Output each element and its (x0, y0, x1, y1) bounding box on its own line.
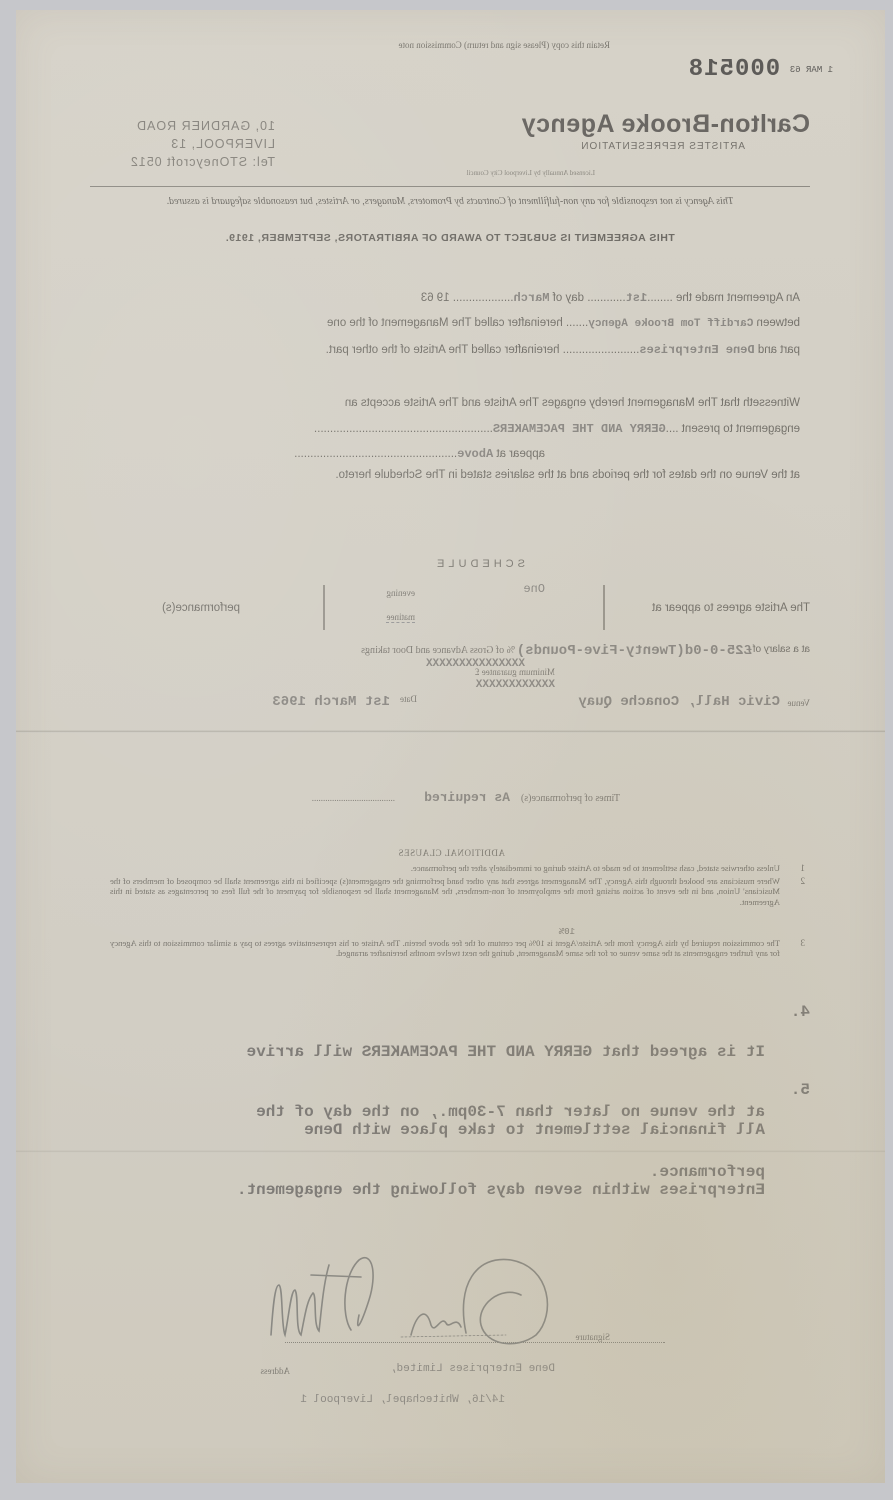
day-of-label: day of (553, 292, 584, 304)
schedule-title: SCHEDULE (433, 558, 525, 570)
clause-number: 3 (801, 938, 806, 948)
times-label: Times of performance(s) (521, 793, 620, 804)
evening-label: evening (387, 588, 416, 598)
percentage-note: % of Gross Advance and Door takings (361, 645, 515, 656)
additional-clauses-title: ADDITIONAL CLAUSES (398, 848, 505, 858)
management-suffix: hereinafter called The Management of the… (327, 317, 563, 329)
retain-note: Retain this copy (Please sign and return… (399, 40, 610, 50)
address-line: 10, GARDNER ROAD (130, 117, 275, 135)
management-name: Cardiff Tom Brooke Agency (588, 318, 753, 330)
handwritten-signature (251, 1245, 611, 1395)
part-and-label: part and (758, 344, 800, 356)
arbitration-note: THIS AGREEMENT IS SUBJECT TO AWARD OF AR… (95, 232, 805, 244)
appear-value: Above (457, 447, 493, 461)
agency-name: Carlton-Brooke Agency (521, 110, 810, 139)
typed-clause-5: All financial settlement to take place w… (237, 1080, 765, 1240)
salary-label: at a salary of (753, 644, 810, 655)
clause-text: The commission required by this Agency f… (110, 938, 780, 959)
minimum-guarantee-value: XXXXXXXXXXXX (476, 679, 555, 691)
artiste-suffix: hereinafter called The Artiste of the ot… (326, 344, 560, 356)
part-and-line: part and Dene Enterprises...............… (326, 343, 800, 357)
date-label: Date (400, 694, 417, 704)
stamp-date: 1 MAR 63 (790, 65, 833, 75)
address-line: Tel: STOneycroft 0512 (130, 153, 275, 171)
brace-right (323, 585, 325, 630)
times-dots: ..................................... (312, 793, 395, 803)
serial-number: 000518 (688, 56, 780, 83)
typed-line: All financial settlement to take place w… (237, 1120, 765, 1140)
between-label: between (757, 317, 800, 329)
clause-text: Unless otherwise stated, cash settlement… (110, 863, 780, 873)
act-name: GERRY AND THE PACEMAKERS (493, 422, 666, 436)
venue-dates-line: at the Venue on the dates for the period… (335, 469, 800, 481)
brace-left (603, 585, 605, 630)
typed-clause-number: 4. (791, 1002, 810, 1022)
date-value: 1st March 1963 (272, 694, 390, 710)
agreement-month: March (514, 291, 550, 305)
clause-number: 1 (801, 863, 806, 873)
between-line: between Cardiff Tom Brooke Agency.......… (327, 317, 800, 330)
signer-address-line2: 14/16, Whitechapel, Liverpool 1 (300, 1394, 505, 1406)
address-line: LIVERPOOL, 13 (130, 135, 275, 153)
times-value: As required (424, 790, 510, 805)
artiste-agrees-label: The Artiste agrees to appear at (652, 602, 810, 614)
present-label: engagement to present (682, 423, 800, 435)
artiste-name: Dene Enterprises (639, 343, 754, 357)
disclaimer: This Agency is not responsible for any n… (95, 196, 805, 208)
clause-number: 2 (801, 876, 806, 886)
salary-value: £25-0-0d(Twenty-Five-Pounds) (517, 643, 752, 659)
commission-value: 10% (559, 927, 575, 937)
minimum-guarantee-label: Minimum guarantee £ (475, 667, 555, 677)
agreement-year: 19 63 (421, 292, 450, 304)
engagement-line: engagement to present ....GERRY AND THE … (314, 422, 800, 436)
agreement-made-line: An Agreement made the ........1st.......… (421, 291, 800, 305)
appear-line: appear at Above.........................… (294, 447, 545, 461)
contract-paper: Retain this copy (Please sign and return… (16, 10, 885, 1483)
appear-label: appear at (496, 448, 545, 460)
witnesseth-line: Witnesseth that The Management hereby en… (345, 397, 800, 409)
performance-count: One (523, 582, 545, 596)
typed-line: Enterprises within seven days following … (237, 1180, 765, 1200)
header-rule (90, 186, 810, 187)
performances-label: performance(s) (162, 602, 240, 614)
venue-label: Venue (788, 698, 811, 708)
made-prefix: An Agreement made the (676, 292, 800, 304)
licensed-note: Licensed Annually by Liverpool City Coun… (466, 169, 595, 177)
serial-stamp: 1 MAR 63 000518 (688, 56, 833, 83)
matinee-label: matinee (387, 612, 416, 623)
agency-address: 10, GARDNER ROAD LIVERPOOL, 13 Tel: STOn… (130, 117, 275, 171)
venue-value: Civic Hall, Conache Quay (578, 694, 780, 710)
agreement-day: 1st (626, 291, 648, 305)
typed-line: It is agreed that GERRY AND THE PACEMAKE… (247, 1042, 765, 1062)
agency-tagline: ARTISTES REPRESENTATION (580, 141, 745, 152)
typed-clause-number: 5. (791, 1080, 810, 1100)
clause-text: Where musicians are booked through this … (110, 876, 780, 907)
